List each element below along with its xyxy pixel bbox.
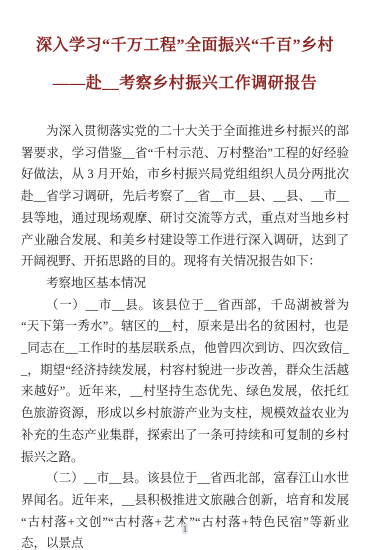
paragraph-intro: 为深入贯彻落实党的二十大关于全面推进乡村振兴的部署要求，学习借鉴__省“千村示范…	[21, 121, 349, 273]
page-number-value: 1	[182, 524, 189, 534]
document-title-line1: 深入学习“千万工程”全面振兴“千百”乡村	[0, 36, 370, 55]
document-title: 深入学习“千万工程”全面振兴“千百”乡村 ——赴__考察乡村振兴工作调研报告	[0, 36, 370, 93]
document-body: 为深入贯彻落实党的二十大关于全面推进乡村振兴的部署要求，学习借鉴__省“千村示范…	[21, 121, 349, 550]
page-number: 1	[0, 524, 370, 534]
paragraph-section-heading: 考察地区基本情况	[21, 273, 349, 295]
document-title-line2: ——赴__考察乡村振兴工作调研报告	[0, 74, 370, 93]
document-page: 深入学习“千万工程”全面振兴“千百”乡村 ——赴__考察乡村振兴工作调研报告 为…	[0, 0, 370, 550]
paragraph-item-2: （二）__市__县。该县位于__省西北部，富春江山水世界闻名。近年来，__县积极…	[21, 468, 349, 550]
paragraph-item-1: （一）__市__县。该县位于__省西部，千岛湖被誉为“天下第一秀水”。辖区的__…	[21, 295, 349, 469]
